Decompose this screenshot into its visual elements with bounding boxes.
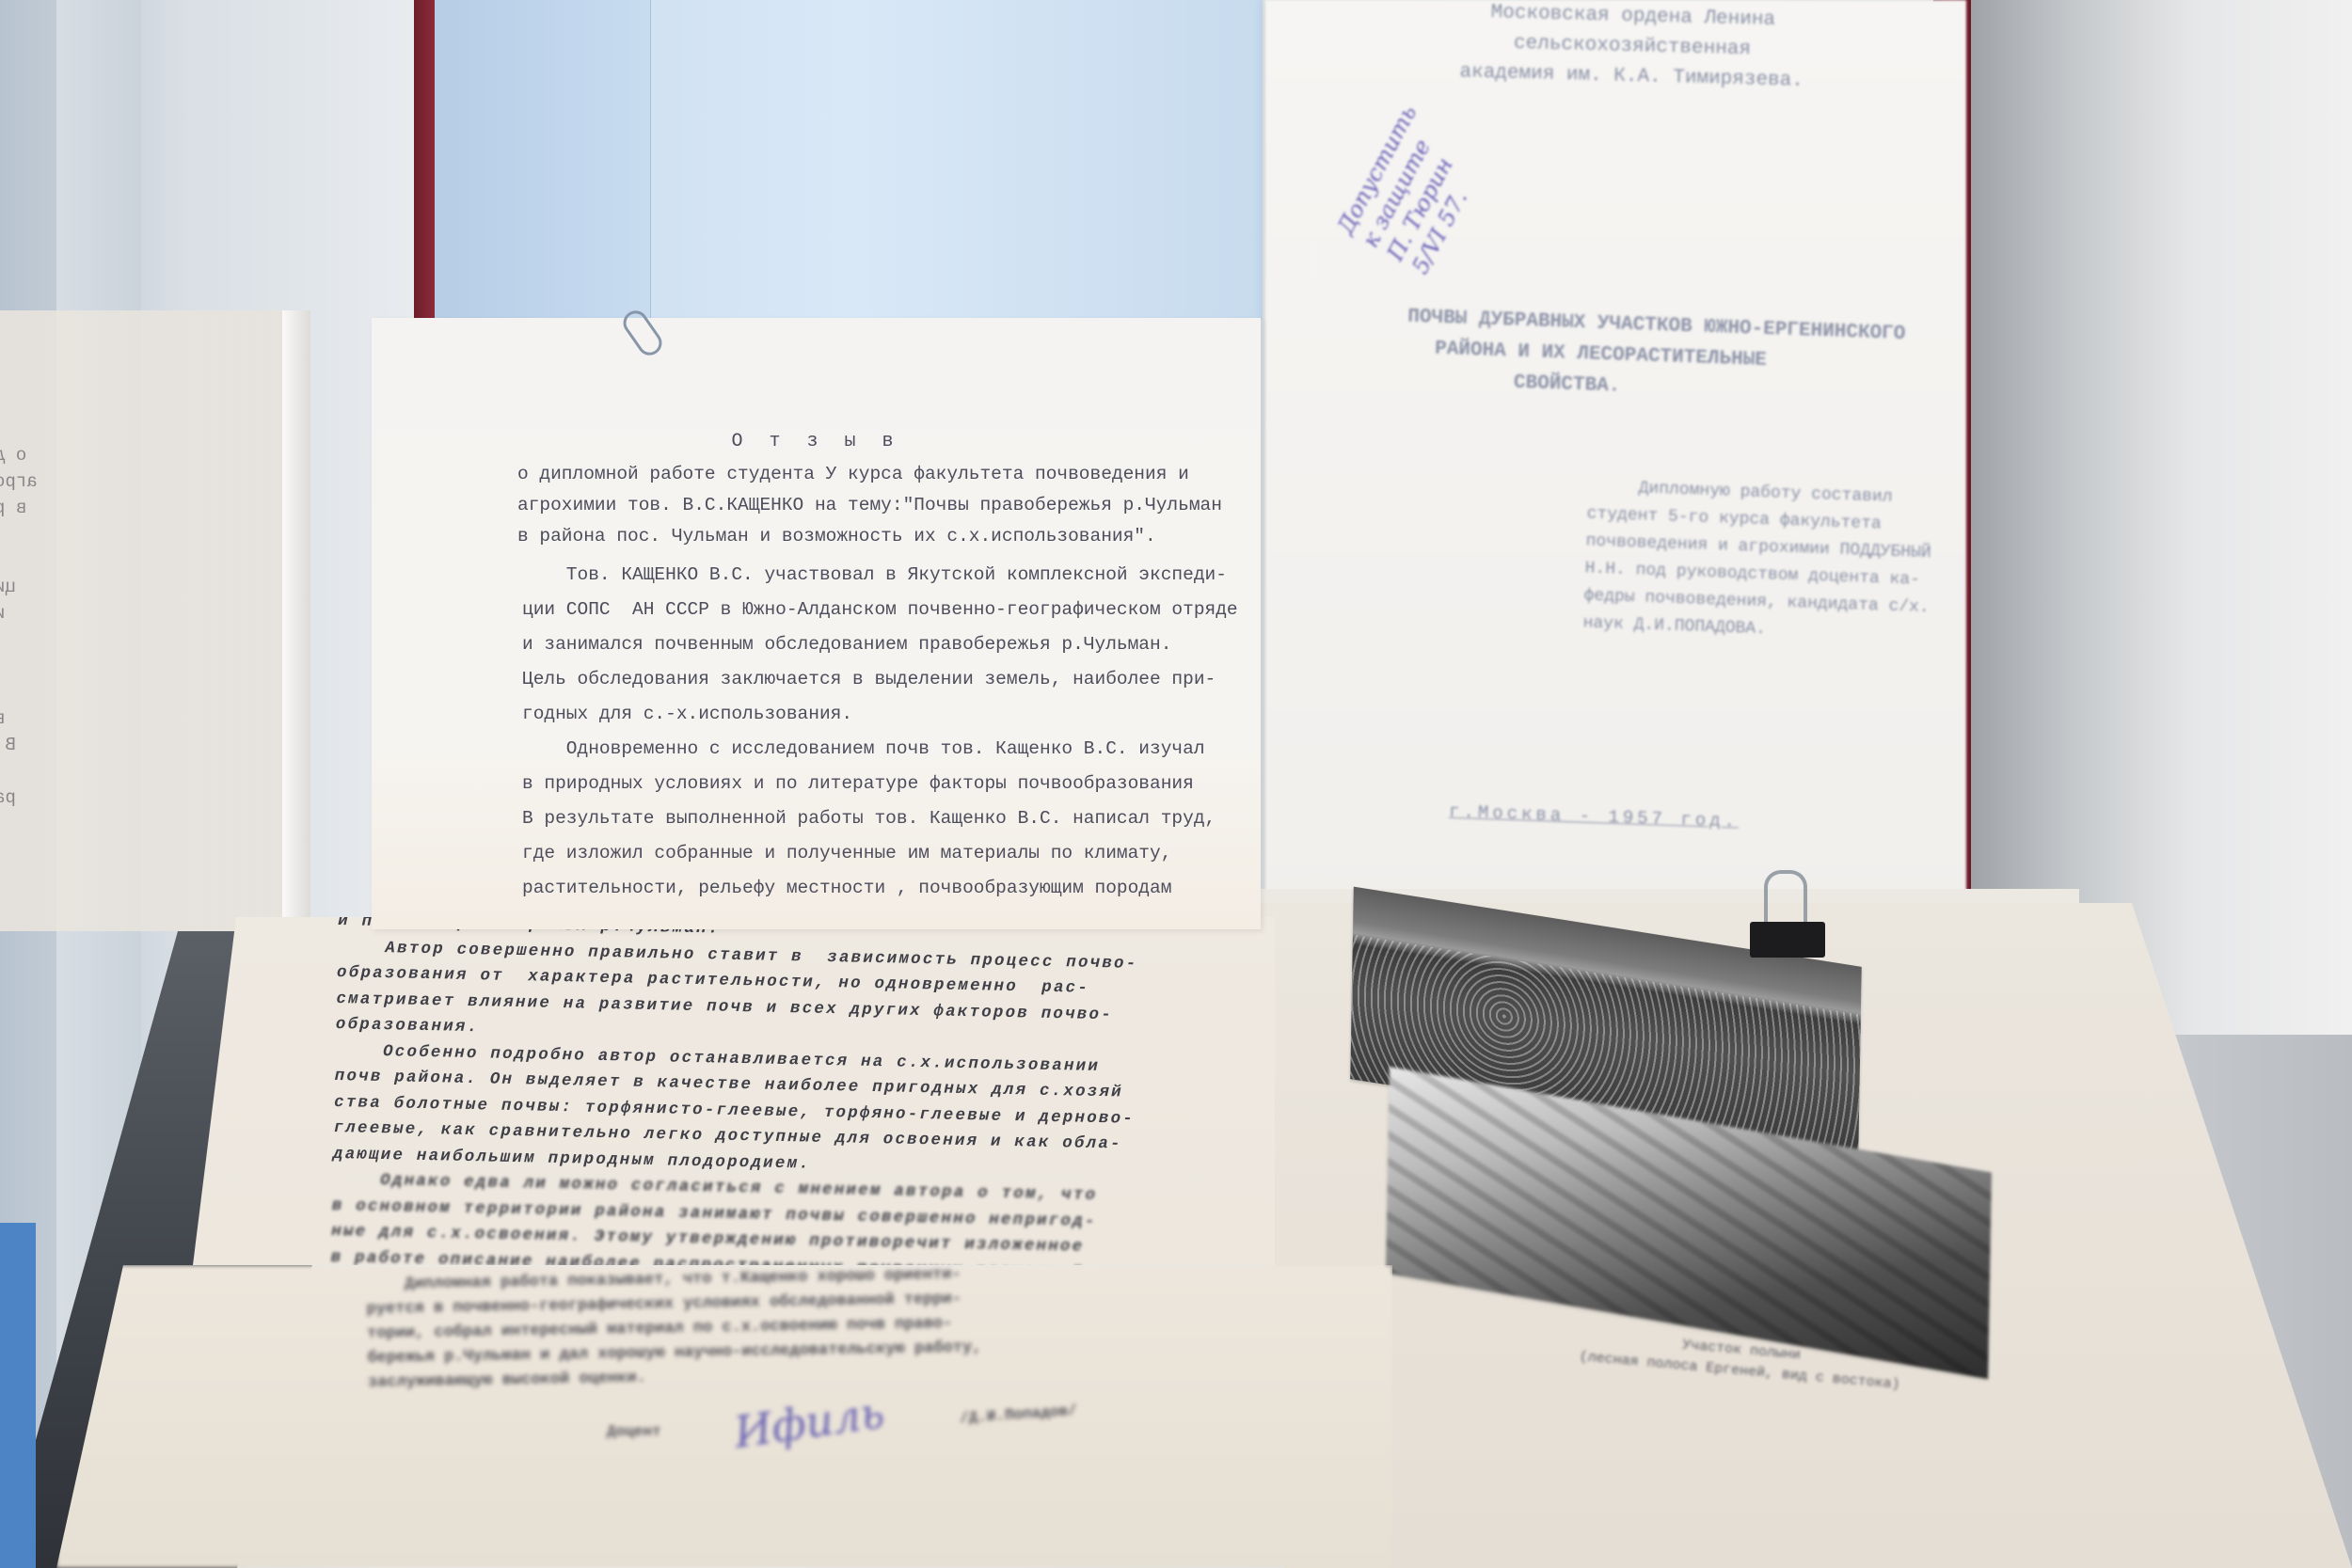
text-line: годных для с.-х.использования. xyxy=(522,697,1256,732)
review-last-page: Дипломная работа показывает, что т.Кащен… xyxy=(56,1265,1392,1568)
text-line: Одновреме xyxy=(0,679,141,705)
folder-cover-edge xyxy=(414,0,435,320)
text-line: в природных условиях и по литературе фак… xyxy=(522,767,1256,801)
text-line: Тов. КАЩЕ xyxy=(0,547,141,574)
text-line: Цель обследования заключается в выделени… xyxy=(522,662,1256,697)
signer-name: /Д.И.Попадов/ xyxy=(960,1402,1078,1428)
conclusion-text: Дипломная работа показывает, что т.Кащен… xyxy=(366,1257,1309,1395)
text-line: где изложи xyxy=(0,758,141,784)
signature-label: Доцент xyxy=(607,1423,661,1440)
review-heading: О т з ы в xyxy=(372,431,1261,452)
glass-panel-right xyxy=(1957,0,2352,1035)
text-line: В результате выполненной работы тов. Кащ… xyxy=(522,801,1256,836)
text-line: ции СОПС АН СССР в Южно-Алданском почвен… xyxy=(522,593,1256,627)
text-line: о дипломной р xyxy=(0,442,141,468)
text-line: ции СОПС АН xyxy=(0,574,141,600)
text-line: о дипломной работе студента У курса факу… xyxy=(517,459,1251,490)
review-continuation-text: и почвам правобережья р.Чульман. Автор с… xyxy=(330,909,1326,1317)
text-line: и занимался xyxy=(0,600,141,626)
signature: Ифиль xyxy=(731,1386,887,1458)
blue-display-edge xyxy=(0,1223,36,1568)
text-line: Цель обсле xyxy=(0,626,141,653)
text-line: растительности, рельефу местности , почв… xyxy=(522,871,1256,906)
institution-header: Московская ордена Ленина сельскохозяйств… xyxy=(1368,0,1897,99)
text-line: агрохимии тов. В.С.КАЩЕНКО на тему:"Почв… xyxy=(517,490,1251,521)
handwritten-approval-note: Допустить к защите П. Тюрин 5/VI 57. xyxy=(1331,76,1544,296)
review-intro: о дипломной работе студента У курса факу… xyxy=(517,459,1251,552)
review-body: Тов. КАЩЕНКО В.С. участвовал в Якутской … xyxy=(522,558,1256,906)
binder-clip-icon xyxy=(1750,922,1825,958)
text-line: Тов. КАЩЕНКО В.С. участвовал в Якутской … xyxy=(522,558,1256,593)
text-line: в района пос. Чульман и возможность их с… xyxy=(517,521,1251,552)
glass-reflection: о дипломной рагрохимии тов.в районе пос.… xyxy=(0,310,310,931)
author-block: Дипломную работу составил студент 5-го к… xyxy=(1582,473,1946,649)
text-line: агрохимии тов. xyxy=(0,468,141,495)
text-line: где изложил собранные и полученные им ма… xyxy=(522,836,1256,871)
city-year: г.Москва - 1957 год. xyxy=(1449,801,1788,834)
glass-edge xyxy=(282,310,310,969)
text-line: годных для xyxy=(0,653,141,679)
text-line: в районе пос. xyxy=(0,495,141,521)
text-line: растительнос xyxy=(0,784,141,811)
text-line: В результате xyxy=(0,732,141,758)
text-line: в природных xyxy=(0,705,141,732)
text-line xyxy=(0,521,141,547)
review-second-page: и почвам правобережья р.Чульман. Автор с… xyxy=(193,917,1275,1265)
review-first-page: О т з ы в о дипломной работе студента У … xyxy=(372,318,1261,929)
folder-lining-fold xyxy=(435,0,651,320)
text-line: Одновременно с исследованием почв тов. К… xyxy=(522,732,1256,767)
mirrored-text: о дипломной рагрохимии тов.в районе пос.… xyxy=(0,442,141,811)
thesis-title-page: Московская ордена Ленина сельскохозяйств… xyxy=(1265,0,1966,945)
thesis-title: ПОЧВЫ ДУБРАВНЫХ УЧАСТКОВ ЮЖНО-ЕРГЕНИНСКО… xyxy=(1405,302,1915,413)
text-line: и занимался почвенным обследованием прав… xyxy=(522,627,1256,662)
binder-clip-handle-icon xyxy=(1764,870,1807,927)
